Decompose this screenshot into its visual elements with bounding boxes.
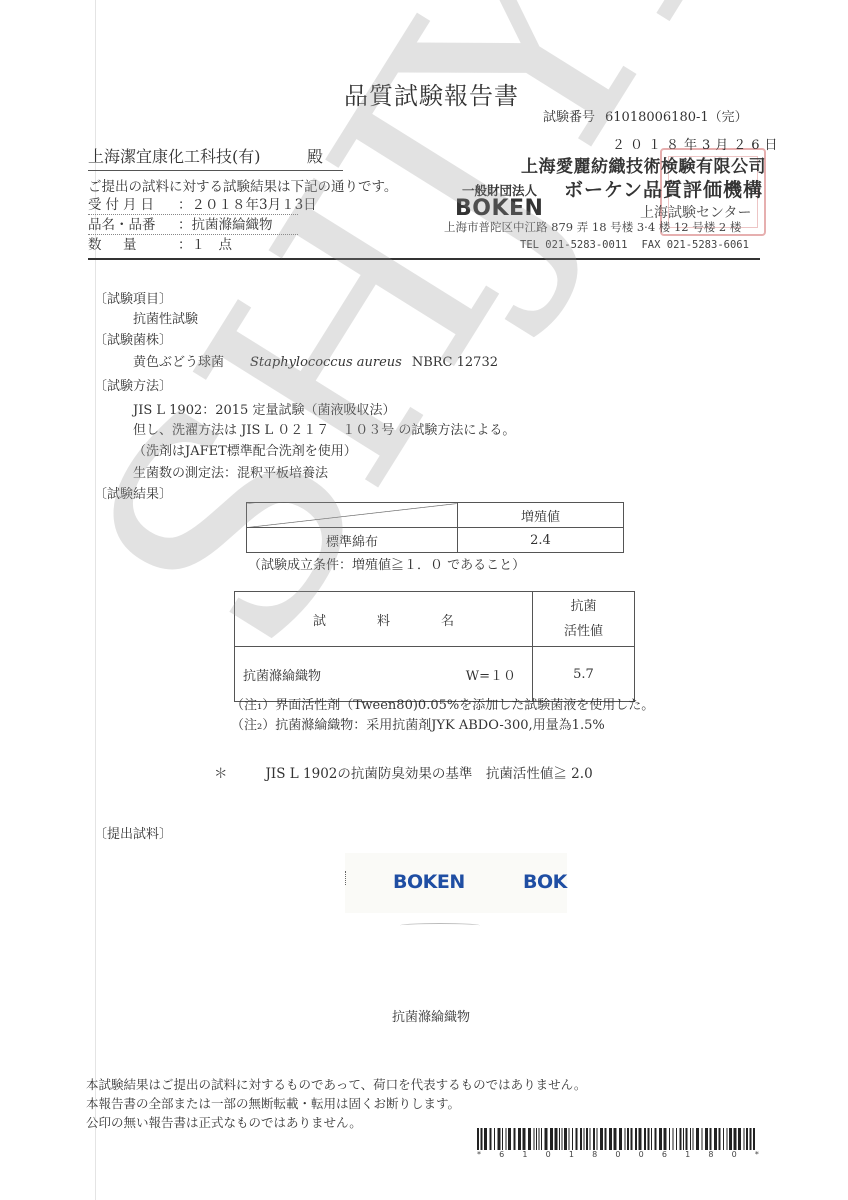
validity-condition: （試験成立条件：増殖値≧１．０ であること） — [248, 554, 525, 573]
control-table-corner — [247, 503, 458, 528]
sample-name: 抗菌滌綸織物 — [243, 669, 321, 684]
result-table: 試料名 抗菌 活性値 抗菌滌綸織物 W=１０ 5.7 — [234, 591, 635, 702]
quantity-row: 数 量：１ 点 — [88, 233, 298, 254]
issuer-org-jp: ボーケン品質評価機構 — [564, 175, 763, 202]
issuer-contact: TEL 021-5283-0011FAX 021-5283-6061 — [520, 239, 749, 251]
test-strain-heading: 〔試験菌株〕 — [94, 329, 172, 348]
submitted-sample-image: BOKEN BOK — [345, 853, 567, 913]
standard-criterion: ＊JIS L 1902の抗菌防臭効果の基準 抗菌活性値≧ 2.0 — [214, 762, 593, 782]
sample-label-boken-partial: BOK — [523, 871, 567, 893]
barcode-char: 8 — [592, 1150, 597, 1159]
barcode-char: 1 — [522, 1150, 527, 1159]
report-title: 品質試験報告書 — [344, 76, 519, 111]
boken-logo: BOKEN — [455, 196, 543, 221]
test-number-label: 試験番号 — [543, 110, 595, 125]
strain-latin: Staphylococcus aureus — [250, 355, 402, 370]
received-date-label: 受付月日 — [88, 193, 178, 213]
header-divider — [88, 258, 760, 260]
issuer-tel: TEL 021-5283-0011 — [520, 239, 627, 251]
client-name: 上海潔宜康化工科技(有) 殿 — [88, 144, 343, 171]
col-char: 料 — [352, 610, 416, 629]
barcode-char: 0 — [615, 1150, 620, 1159]
test-item-heading: 〔試験項目〕 — [94, 288, 172, 307]
barcode-char: 8 — [708, 1150, 713, 1159]
intro-text: ご提出の試料に対する試験結果は下記の通りです。 — [88, 175, 397, 195]
sample-edge-mark — [345, 871, 347, 885]
test-method-line: 生菌数の測定法：混釈平板培養法 — [133, 462, 328, 481]
result-col-sample-name: 試料名 — [235, 592, 533, 647]
barcode — [477, 1128, 759, 1150]
test-number: 試験番号61018006180-1（完） — [543, 106, 748, 125]
barcode-char: 0 — [639, 1150, 644, 1159]
barcode-char: 0 — [732, 1150, 737, 1159]
barcode-char: * — [755, 1150, 759, 1159]
test-method-line: （洗剤はJAFET標準配合洗剤を使用） — [133, 440, 357, 459]
received-date-value: ：２０１８年3月１3日 — [178, 197, 317, 213]
barcode-text: *61018006180* — [477, 1150, 759, 1159]
issuer-address: 上海市普陀区中江路 879 弄 18 号楼 3·4 楼 12 号楼 2 楼 — [444, 219, 741, 235]
control-row-value: 2.4 — [458, 528, 624, 553]
control-table: 増殖値 標準綿布 2.4 — [246, 502, 624, 553]
client-company: 上海潔宜康化工科技(有) — [88, 147, 261, 166]
asterisk-icon: ＊ — [214, 766, 228, 782]
note-1: （注₁）界面活性剤（Tween80)0.05%を添加した試験菌液を使用した。 — [231, 694, 654, 713]
item-name-label: 品名・品番 — [88, 213, 178, 233]
col-char: 名 — [416, 610, 480, 629]
test-strain-value: 黄色ぶどう球菌Staphylococcus aureusNBRC 12732 — [133, 351, 498, 370]
col-activity-line2: 活性値 — [534, 619, 633, 644]
quantity-label: 数 量 — [88, 233, 178, 253]
test-method-heading: 〔試験方法〕 — [94, 375, 172, 394]
sample-edge-curve — [400, 923, 480, 928]
issuer-fax: FAX 021-5283-6061 — [641, 239, 748, 251]
barcode-char: 1 — [569, 1150, 574, 1159]
strain-jp: 黄色ぶどう球菌 — [133, 355, 224, 370]
test-method-line: 但し、洗濯方法は JIS L ０２１７ １０３号 の試験方法による。 — [133, 419, 515, 438]
standard-text: JIS L 1902の抗菌防臭効果の基準 抗菌活性値≧ 2.0 — [266, 766, 593, 782]
test-result-heading: 〔試験結果〕 — [94, 483, 172, 502]
result-col-activity: 抗菌 活性値 — [533, 592, 635, 647]
barcode-char: * — [477, 1150, 481, 1159]
test-number-value: 61018006180-1（完） — [605, 110, 748, 125]
disclaimer-line: 本報告書の全部または一部の無断転載・転用は固くお断りします。 — [86, 1094, 460, 1112]
control-table-header: 増殖値 — [458, 503, 624, 528]
submitted-sample-heading: 〔提出試料〕 — [94, 823, 172, 842]
received-date-row: 受付月日：２０１８年3月１3日 — [88, 193, 298, 215]
barcode-char: 6 — [499, 1150, 504, 1159]
note-2: （注₂）抗菌滌綸織物：采用抗菌剤JYK ABDO-300,用量為1.5% — [231, 714, 605, 733]
barcode-char: 1 — [685, 1150, 690, 1159]
disclaimer-line: 公印の無い報告書は正式なものではありません。 — [86, 1113, 362, 1131]
barcode-char: 6 — [662, 1150, 667, 1159]
col-activity-line1: 抗菌 — [534, 594, 633, 619]
test-item-value: 抗菌性試験 — [133, 308, 198, 327]
item-name-value: ：抗菌滌綸織物 — [178, 217, 273, 233]
issue-date: ２０１８年3月２6日 — [612, 134, 783, 153]
disclaimer-line: 本試験結果はご提出の試料に対するものであって、荷口を代表するものではありません。 — [86, 1075, 586, 1093]
sample-caption: 抗菌滌綸織物 — [392, 1006, 470, 1025]
wash-count: W=１０ — [466, 665, 516, 684]
quantity-value: ：１ 点 — [178, 237, 232, 253]
control-row-label: 標準綿布 — [247, 528, 458, 553]
strain-id: NBRC 12732 — [412, 355, 498, 370]
item-name-row: 品名・品番：抗菌滌綸織物 — [88, 213, 298, 235]
test-method-line: JIS L 1902：2015 定量試験（菌液吸収法） — [133, 399, 395, 418]
issuer-org-cn: 上海愛麗紡織技術検験有限公司 — [521, 152, 766, 177]
col-char: 試 — [288, 610, 352, 629]
barcode-char: 0 — [546, 1150, 551, 1159]
sample-label-boken: BOKEN — [393, 871, 465, 893]
client-honorific: 殿 — [307, 144, 323, 167]
